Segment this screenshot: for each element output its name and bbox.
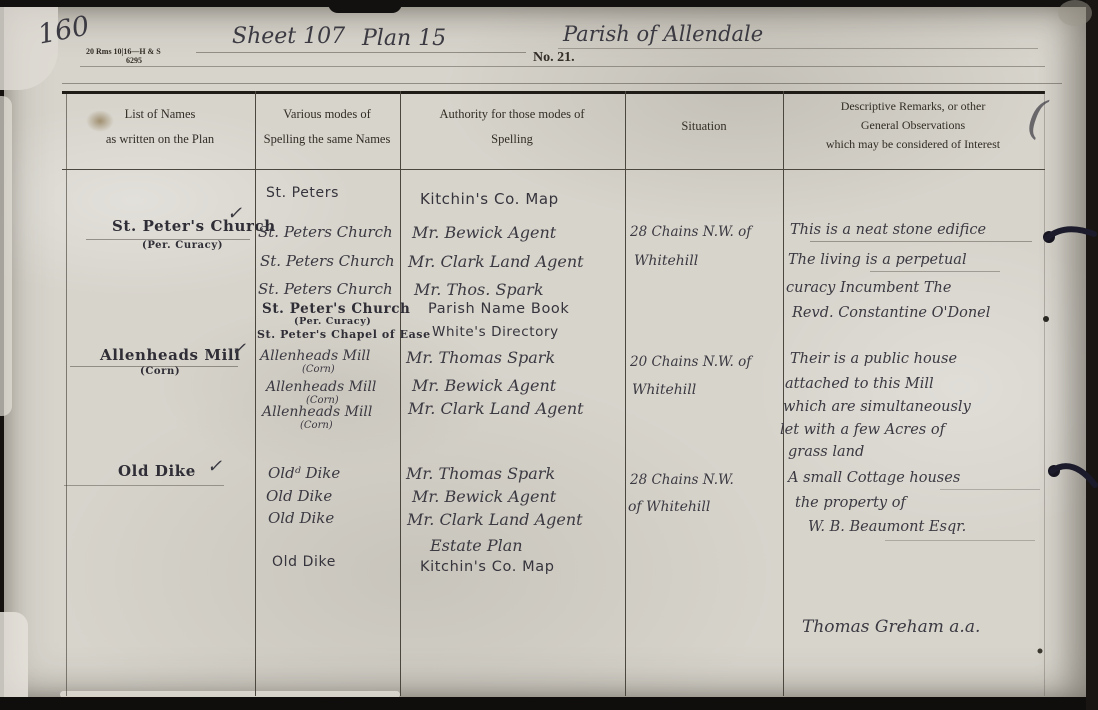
row1-remark-underline-1	[870, 271, 1000, 272]
row1-spelling-1: St. Peters Church	[258, 224, 393, 241]
column-header-situation: Situation	[681, 120, 726, 134]
row2-name-note: (Corn)	[140, 366, 180, 377]
scan-edge-right	[1086, 0, 1098, 710]
row3-situation-1: of Whitehill	[628, 500, 710, 515]
row1-name-note: (Per. Curacy)	[142, 240, 223, 251]
row2-spelling-0: Allenheads Mill	[260, 349, 370, 364]
row1-authority-5: White's Directory	[432, 325, 559, 340]
column-header-names-line1: List of Names	[125, 108, 196, 122]
row3-authority-0: Mr. Thomas Spark	[406, 465, 555, 483]
row1-spelling-0: St. Peters	[266, 186, 339, 201]
row2-name: Allenheads Mill	[100, 347, 241, 364]
row2-remark-1: attached to this Mill	[785, 377, 934, 393]
row3-remark-2: W. B. Beaumont Esqr.	[808, 520, 966, 536]
column-header-authority-line2: Spelling	[491, 133, 533, 147]
row1-remark-0: This is a neat stone edifice	[790, 223, 986, 239]
row1-name: St. Peter's Church	[112, 218, 276, 235]
printer-stamp: 20 Rms 10|16—H & S	[86, 48, 161, 57]
row3-name: Old Dike	[118, 463, 196, 480]
row3-authority-2: Mr. Clark Land Agent	[407, 511, 583, 529]
row3-authority-4: Kitchin's Co. Map	[420, 560, 555, 576]
row1-checkmark: ✓	[227, 204, 242, 224]
table-top-border	[62, 91, 1045, 94]
row2-spelling-2: Allenheads Mill	[266, 380, 376, 395]
underline-parish	[558, 48, 1038, 49]
row1-spelling-2: St. Peters Church	[260, 253, 395, 270]
column-header-authority-line1: Authority for those modes of	[439, 108, 584, 122]
row3-authority-3: Estate Plan	[430, 537, 523, 555]
column-header-names-line2: as written on the Plan	[106, 133, 214, 147]
row2-authority-0: Mr. Thomas Spark	[406, 349, 555, 367]
row1-remark-underline-0	[810, 241, 1032, 242]
parish-title: Parish of Allendale	[563, 23, 763, 46]
row3-spelling-0: Oldᵈ Dike	[268, 465, 340, 482]
table-vline-4	[783, 91, 784, 696]
table-vline-3	[625, 91, 626, 696]
underline-sheet	[196, 52, 526, 53]
row1-authority-0: Kitchin's Co. Map	[420, 191, 559, 208]
rule-upper	[80, 66, 1045, 67]
row2-remark-3: let with a few Acres of	[780, 423, 945, 439]
row1-remark-2: curacy Incumbent The	[786, 281, 951, 297]
printer-stamp-code: 6295	[126, 57, 142, 66]
scanned-page: 160 20 Rms 10|16—H & S 6295 Sheet 107 Pl…	[0, 0, 1098, 710]
row2-authority-1: Mr. Bewick Agent	[412, 377, 556, 395]
row1-remark-1: The living is a perpetual	[788, 253, 967, 269]
row2-spelling-4: Allenheads Mill	[262, 405, 372, 420]
column-header-remarks-line1: Descriptive Remarks, or other	[841, 100, 986, 113]
column-header-remarks-line2: General Observations	[861, 119, 965, 132]
table-vline-1	[255, 91, 256, 696]
row1-spelling-5: (Per. Curacy)	[294, 317, 371, 327]
sheet-title: Sheet 107	[232, 25, 345, 49]
scan-edge-top-notch	[328, 0, 402, 13]
table-vline-right	[1044, 91, 1045, 696]
examiner-signature: Thomas Greham a.a.	[802, 618, 980, 637]
row1-authority-4: Parish Name Book	[428, 302, 569, 318]
row3-spelling-3: Old Dike	[272, 555, 336, 570]
row3-spelling-2: Old Dike	[268, 510, 334, 527]
torn-paper-bottom-left	[0, 612, 28, 698]
rule-lower	[62, 83, 1062, 84]
paper-stain	[86, 110, 114, 132]
table-header-border	[62, 169, 1045, 170]
row1-authority-1: Mr. Bewick Agent	[412, 224, 556, 242]
row1-spelling-3: St. Peters Church	[258, 281, 393, 298]
column-header-spelling-line1: Various modes of	[283, 108, 371, 122]
row3-checkmark: ✓	[207, 457, 222, 477]
row3-remark-0: A small Cottage houses	[788, 471, 960, 487]
row3-remark-1: the property of	[795, 496, 906, 512]
row2-situation-1: Whitehill	[632, 383, 696, 398]
plan-title: Plan 15	[362, 27, 446, 51]
row3-name-rule	[64, 485, 224, 486]
row1-spelling-4: St. Peter's Church	[262, 302, 410, 317]
scan-edge-top	[0, 0, 1098, 7]
row1-authority-3: Mr. Thos. Spark	[414, 281, 544, 299]
row1-remark-3: Revd. Constantine O'Donel	[792, 306, 990, 322]
row1-authority-2: Mr. Clark Land Agent	[408, 253, 584, 271]
torn-paper-left-edge	[0, 96, 12, 416]
row2-situation-0: 20 Chains N.W. of	[630, 355, 751, 370]
row3-situation-0: 28 Chains N.W.	[630, 473, 734, 488]
row1-situation-1: Whitehill	[634, 254, 698, 269]
row2-checkmark: ✓	[231, 340, 246, 360]
row3-remark-rule-0	[940, 489, 1040, 490]
table-vline-2	[400, 91, 401, 696]
table-vline-left	[66, 94, 67, 696]
page-number-label: No. 21.	[533, 50, 575, 65]
column-header-remarks-line3: which may be considered of Interest	[826, 138, 1000, 151]
row2-remark-2: which are simultaneously	[783, 400, 971, 416]
column-header-spelling-line2: Spelling the same Names	[264, 133, 391, 147]
row2-authority-2: Mr. Clark Land Agent	[408, 400, 584, 418]
row1-situation-0: 28 Chains N.W. of	[630, 225, 751, 240]
row3-remark-rule-1	[885, 540, 1035, 541]
row2-spelling-5: (Corn)	[300, 420, 333, 431]
scan-edge-bottom	[0, 697, 1098, 710]
row1-spelling-6: St. Peter's Chapel of Ease	[257, 329, 431, 341]
row2-remark-4: grass land	[788, 445, 864, 461]
row3-authority-1: Mr. Bewick Agent	[412, 488, 556, 506]
torn-paper-top-right	[1058, 0, 1092, 26]
row3-spelling-1: Old Dike	[266, 488, 332, 505]
row2-spelling-1: (Corn)	[302, 364, 335, 375]
row2-remark-0: Their is a public house	[790, 352, 957, 368]
